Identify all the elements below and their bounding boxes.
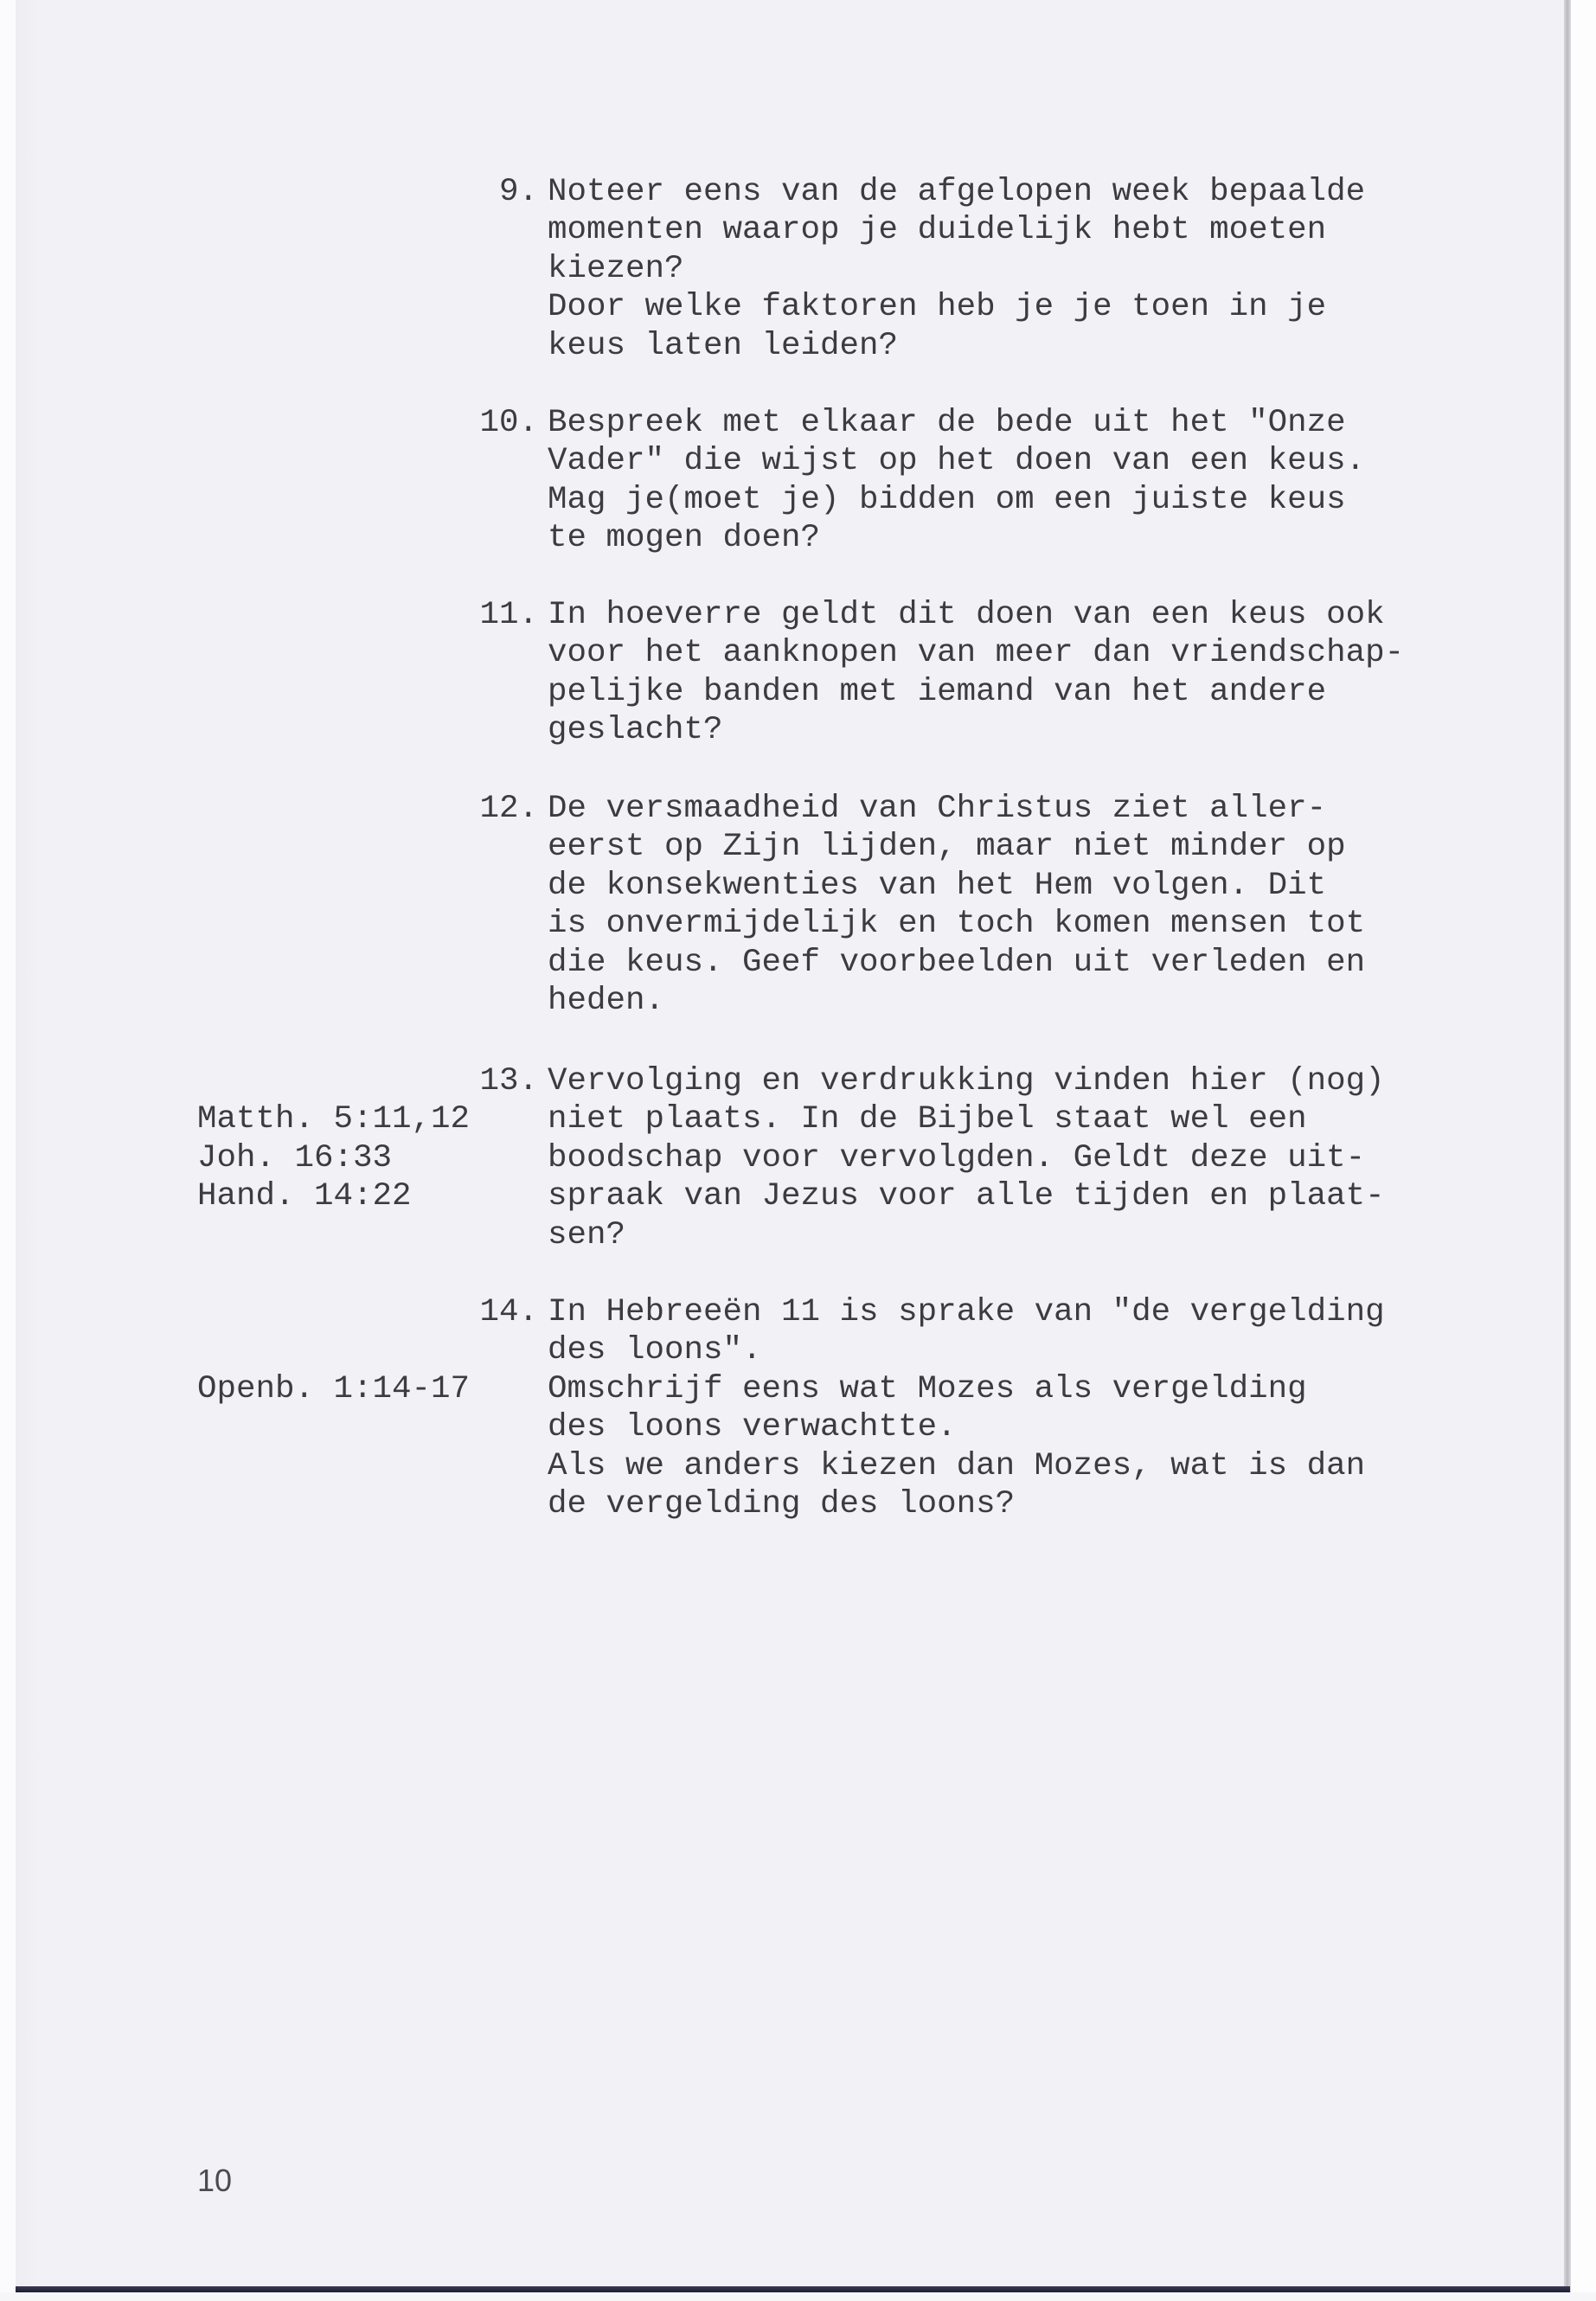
bible-reference: Joh. 16:33	[197, 1139, 470, 1177]
page-number: 10	[197, 2163, 232, 2199]
question-line: Door welke faktoren heb je je toen in je	[548, 288, 1568, 326]
question-number: 14.	[479, 1293, 538, 1331]
question-line: Mag je(moet je) bidden om een juiste keu…	[548, 481, 1568, 519]
question-line: te mogen doen?	[548, 519, 1568, 557]
question-line: sen?	[548, 1216, 1568, 1254]
question-line: boodschap voor vervolgden. Geldt deze ui…	[548, 1139, 1568, 1177]
scan-right-margin	[1571, 0, 1596, 2301]
bible-reference: Hand. 14:22	[197, 1177, 470, 1215]
question-line: niet plaats. In de Bijbel staat wel een	[548, 1100, 1568, 1138]
question-line: Bespreek met elkaar de bede uit het "Onz…	[548, 404, 1568, 442]
question-number: 10.	[479, 404, 538, 442]
question-line: keus laten leiden?	[548, 327, 1568, 365]
question-line: De versmaadheid van Christus ziet aller-	[548, 790, 1568, 828]
question-line: momenten waarop je duidelijk hebt moeten	[548, 211, 1568, 249]
question-line: des loons verwachtte.	[548, 1408, 1568, 1446]
question-line: de konsekwenties van het Hem volgen. Dit	[548, 867, 1568, 905]
question-line: geslacht?	[548, 711, 1568, 749]
question-line: des loons".	[548, 1331, 1568, 1369]
question-number: 12.	[479, 790, 538, 828]
bible-references: Openb. 1:14-17	[197, 1293, 470, 1408]
question-line: Noteer eens van de afgelopen week bepaal…	[548, 173, 1568, 211]
question-line: die keus. Geef voorbeelden uit verleden …	[548, 944, 1568, 982]
question-number: 13.	[479, 1062, 538, 1100]
bible-reference: Matth. 5:11,12	[197, 1100, 470, 1138]
question-line: pelijke banden met iemand van het andere	[548, 673, 1568, 711]
question-line: de vergelding des loons?	[548, 1485, 1568, 1523]
question-number: 9.	[499, 173, 538, 211]
question-line: Vader" die wijst op het doen van een keu…	[548, 442, 1568, 480]
question-line: is onvermijdelijk en toch komen mensen t…	[548, 905, 1568, 943]
question-line: kiezen?	[548, 250, 1568, 288]
scan-bottom-margin	[0, 2292, 1596, 2301]
bible-references: Matth. 5:11,12 Joh. 16:33 Hand. 14:22	[197, 1062, 470, 1216]
question-line: heden.	[548, 982, 1568, 1020]
question-text: De versmaadheid van Christus ziet aller-…	[548, 790, 1568, 1020]
question-line: Als we anders kiezen dan Mozes, wat is d…	[548, 1447, 1568, 1485]
question-line: voor het aanknopen van meer dan vriendsc…	[548, 634, 1568, 672]
question-line: Omschrijf eens wat Mozes als vergelding	[548, 1370, 1568, 1408]
question-text: Bespreek met elkaar de bede uit het "Onz…	[548, 404, 1568, 558]
question-line: In Hebreeën 11 is sprake van "de vergeld…	[548, 1293, 1568, 1331]
question-line: Vervolging en verdrukking vinden hier (n…	[548, 1062, 1568, 1100]
scan-bottom-edge	[16, 2286, 1570, 2292]
question-text: In hoeverre geldt dit doen van een keus …	[548, 596, 1568, 750]
question-line: spraak van Jezus voor alle tijden en pla…	[548, 1177, 1568, 1215]
page-left-shading	[16, 0, 42, 2291]
bible-reference: Openb. 1:14-17	[197, 1370, 470, 1408]
question-text: In Hebreeën 11 is sprake van "de vergeld…	[548, 1293, 1568, 1523]
question-line: In hoeverre geldt dit doen van een keus …	[548, 596, 1568, 634]
question-line: eerst op Zijn lijden, maar niet minder o…	[548, 828, 1568, 866]
question-number: 11.	[479, 596, 538, 634]
question-text: Noteer eens van de afgelopen week bepaal…	[548, 173, 1568, 365]
question-text: Vervolging en verdrukking vinden hier (n…	[548, 1062, 1568, 1254]
